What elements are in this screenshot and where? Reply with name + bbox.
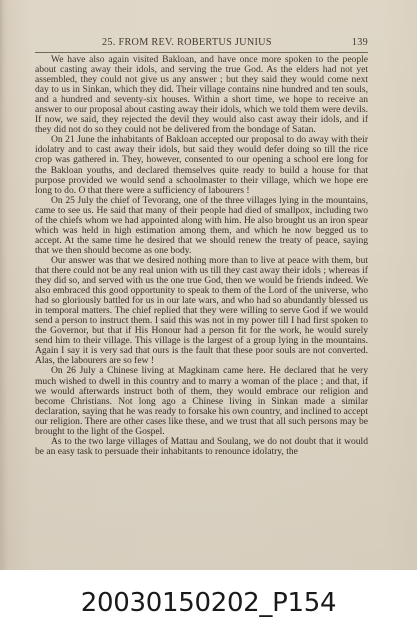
image-caption: 20030150202_P154 [0,588,417,618]
scanned-page: 25. FROM REV. ROBERTUS JUNIUS 139 We hav… [0,0,417,570]
paragraph: On 26 July a Chinese living at Magkinam … [35,366,368,436]
body-text: We have also again visited Bakloan, and … [35,55,368,457]
running-head: 25. FROM REV. ROBERTUS JUNIUS 139 [35,37,368,51]
page-number: 139 [352,37,368,48]
paragraph: On 25 July the chief of Tevorang, one of… [35,196,368,256]
chapter-title: 25. FROM REV. ROBERTUS JUNIUS [102,37,272,48]
paragraph: As to the two large villages of Mattau a… [35,437,368,457]
header-rule [35,52,368,53]
paragraph: On 21 June the inhabitants of Bakloan ac… [35,135,368,195]
paragraph: We have also again visited Bakloan, and … [35,55,368,135]
paragraph: Our answer was that we desired nothing m… [35,256,368,367]
